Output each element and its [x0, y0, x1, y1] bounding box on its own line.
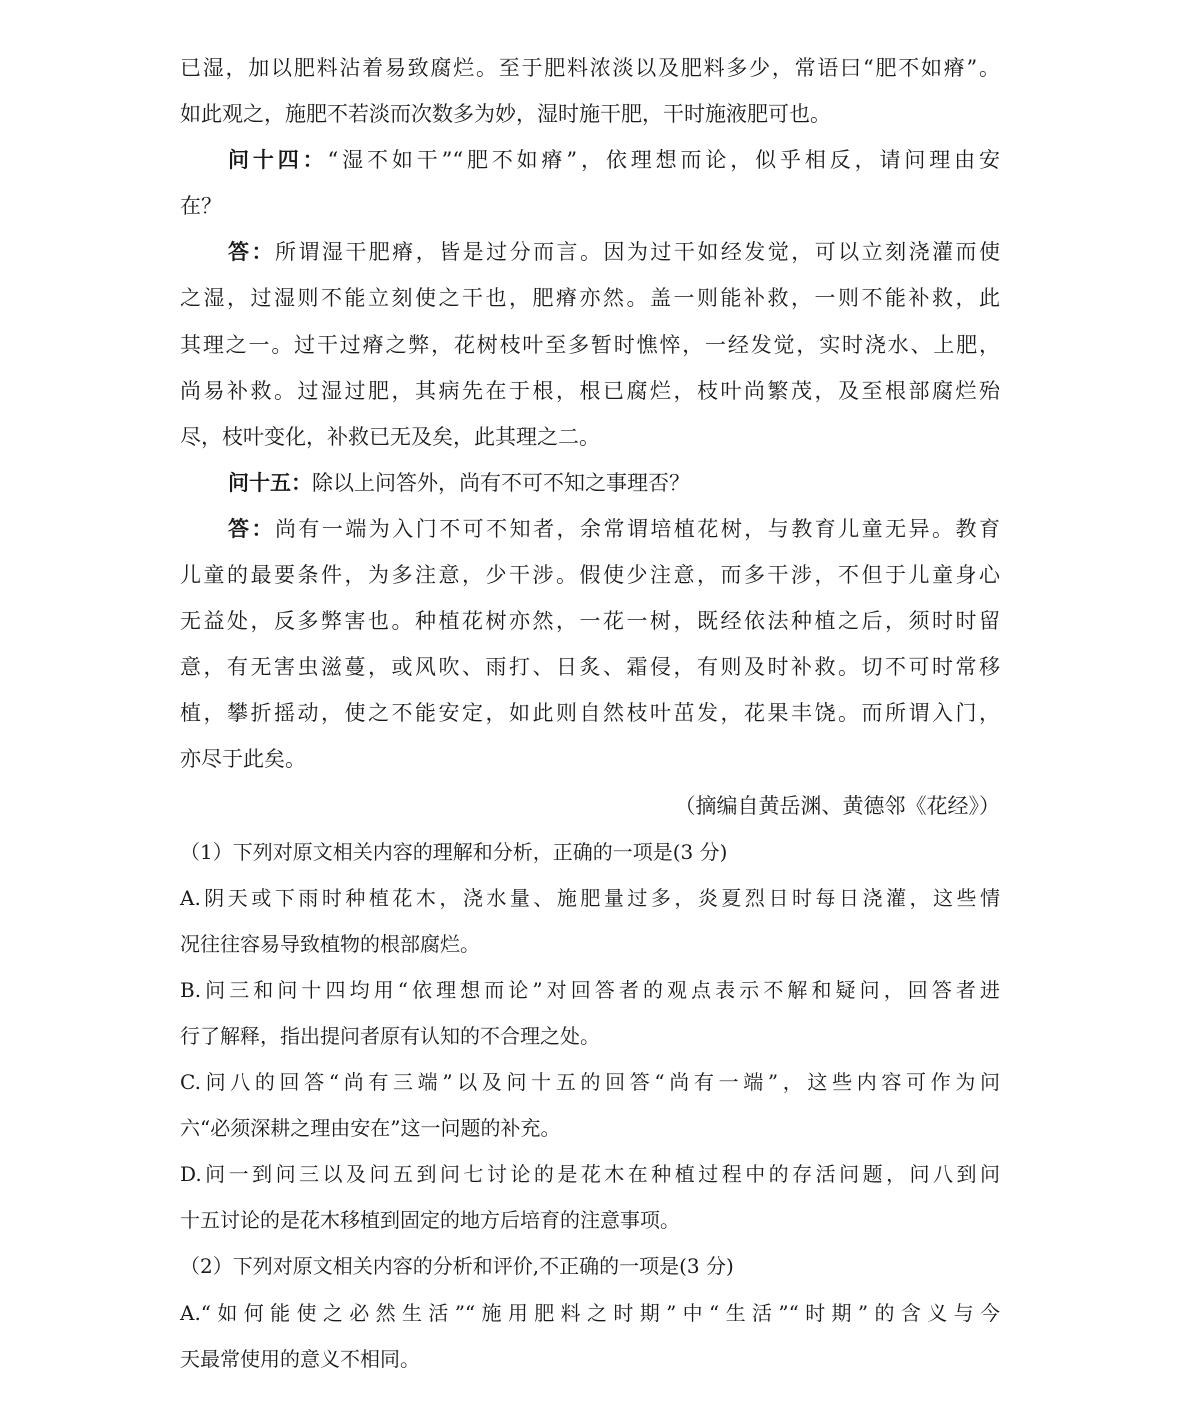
option-c-line: 六“必须深耕之理由安在”这一问题的补充。 [180, 1105, 1000, 1151]
paragraph-line: 如此观之，施肥不若淡而次数多为妙，湿时施干肥，干时施液肥可也。 [180, 91, 1000, 137]
answer-14-line: 尚易补救。过湿过肥，其病先在于根，根已腐烂，枝叶尚繁茂，及至根部腐烂殆 [180, 368, 1000, 414]
question-15-line: 问十五：除以上问答外，尚有不可不知之事理否？ [180, 460, 1000, 506]
option-d-line: D.问一到问三以及问五到问七讨论的是花木在种植过程中的存活问题，问八到问 [180, 1151, 1000, 1197]
option-a-line: A.阴天或下雨时种植花木，浇水量、施肥量过多，炎夏烈日时每日浇灌，这些情 [180, 875, 1000, 921]
paragraph-line: 已湿，加以肥料沾着易致腐烂。至于肥料浓淡以及肥料多少，常语曰“肥不如瘠”。 [180, 45, 1000, 91]
answer-15-line: 意，有无害虫滋蔓，或风吹、雨打、日炙、霜侵，有则及时补救。切不可时常移 [180, 644, 1000, 690]
answer-15-line: 答：尚有一端为入门不可不知者，余常谓培植花树，与教育儿童无异。教育 [180, 506, 1000, 552]
option-b-line: B.问三和问十四均用“依理想而论”对回答者的观点表示不解和疑问，回答者进 [180, 967, 1000, 1013]
question-14-line: 在？ [180, 183, 1000, 229]
answer-14-line: 尽，枝叶变化，补救已无及矣，此其理之二。 [180, 414, 1000, 460]
option-a-line: 天最常使用的意义不相同。 [180, 1336, 1000, 1382]
answer-14-line: 之湿，过湿则不能立刻使之干也，肥瘠亦然。盖一则能补救，一则不能补救，此 [180, 275, 1000, 321]
question-14-line: 问十四：“湿不如干”“肥不如瘠”，依理想而论，似乎相反，请问理由安 [180, 137, 1000, 183]
option-a-line: 况往往容易导致植物的根部腐烂。 [180, 921, 1000, 967]
answer-14-line: 其理之一。过干过瘠之弊，花树枝叶至多暂时憔悴，一经发觉，实时浇水、上肥， [180, 322, 1000, 368]
answer-14-line: 答：所谓湿干肥瘠，皆是过分而言。因为过干如经发觉，可以立刻浇灌而使 [180, 229, 1000, 275]
option-c-line: C.问八的回答“尚有三端”以及问十五的回答“尚有一端”，这些内容可作为问 [180, 1059, 1000, 1105]
option-d-line: 十五讨论的是花木移植到固定的地方后培育的注意事项。 [180, 1197, 1000, 1243]
document-page: 已湿，加以肥料沾着易致腐烂。至于肥料浓淡以及肥料多少，常语曰“肥不如瘠”。 如此… [180, 45, 1000, 1382]
question-1-stem: （1）下列对原文相关内容的理解和分析，正确的一项是(3 分) [180, 829, 1000, 875]
option-a-line: A.“如何能使之必然生活”“施用肥料之时期”中“生活”“时期”的含义与今 [180, 1290, 1000, 1336]
answer-15-line: 亦尽于此矣。 [180, 736, 1000, 782]
answer-15-line: 植，攀折摇动，使之不能安定，如此则自然枝叶茁发，花果丰饶。而所谓入门， [180, 690, 1000, 736]
answer-text: 所谓湿干肥瘠，皆是过分而言。因为过干如经发觉，可以立刻浇灌而使 [275, 240, 1000, 264]
question-label: 问十四： [228, 148, 328, 172]
question-text: 除以上问答外，尚有不可不知之事理否？ [312, 471, 690, 495]
answer-label: 答： [228, 517, 275, 541]
option-b-line: 行了解释，指出提问者原有认知的不合理之处。 [180, 1013, 1000, 1059]
question-text: “湿不如干”“肥不如瘠”，依理想而论，似乎相反，请问理由安 [328, 148, 1001, 172]
answer-15-line: 儿童的最要条件，为多注意，少干涉。假使少注意，而多干涉，不但于儿童身心 [180, 552, 1000, 598]
question-label: 问十五： [228, 471, 312, 495]
question-2-stem: （2）下列对原文相关内容的分析和评价,不正确的一项是(3 分) [180, 1243, 1000, 1289]
answer-15-line: 无益处，反多弊害也。种植花树亦然，一花一树，既经依法种植之后，须时时留 [180, 598, 1000, 644]
source-citation: （摘编自黄岳渊、黄德邻《花经》） [180, 783, 1000, 829]
answer-text: 尚有一端为入门不可不知者，余常谓培植花树，与教育儿童无异。教育 [275, 517, 1000, 541]
answer-label: 答： [228, 240, 275, 264]
